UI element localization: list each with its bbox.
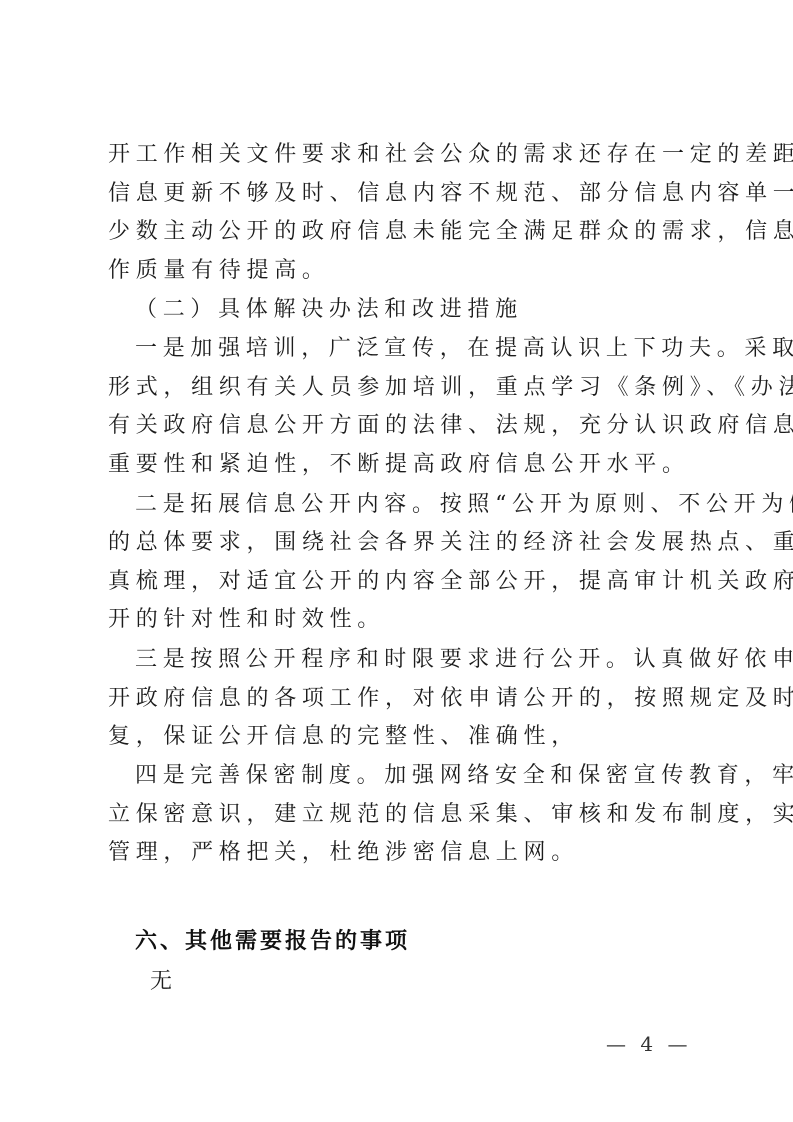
measure-2-line: 的总体要求，围绕社会各界关注的经济社会发展热点、重点，认 [108,530,793,556]
measure-3-line: 复，保证公开信息的完整性、准确性， [108,724,579,750]
measure-1-line: 一是加强培训，广泛宣传，在提高认识上下功夫。采取多种 [135,336,793,362]
paragraph-line: 开工作相关文件要求和社会公众的需求还存在一定的差距。一是 [108,142,793,168]
paragraph-line: 信息更新不够及时、信息内容不规范、部分信息内容单一；二是 [108,181,793,207]
paragraph-line: 作质量有待提高。 [108,258,330,284]
section-6-heading: 六、其他需要报告的事项 [135,929,410,955]
measure-2-line: 真梳理，对适宜公开的内容全部公开，提高审计机关政府信息公 [108,569,793,595]
section-6-body: 无 [150,969,178,995]
paragraph-line: 少数主动公开的政府信息未能完全满足群众的需求，信息公开工 [108,219,793,245]
document-page: 开工作相关文件要求和社会公众的需求还存在一定的差距。一是 信息更新不够及时、信息… [0,0,793,1122]
measure-1-line: 重要性和紧迫性，不断提高政府信息公开水平。 [108,452,690,478]
measure-1-line: 形式，组织有关人员参加培训，重点学习《条例》、《办法》等 [108,375,793,401]
measure-3-line: 三是按照公开程序和时限要求进行公开。认真做好依申请公 [135,647,793,673]
measure-4-line: 四是完善保密制度。加强网络安全和保密宣传教育，牢固树 [135,763,793,789]
page-number: — 4 — [606,1032,691,1056]
measure-1-line: 有关政府信息公开方面的法律、法规，充分认识政府信息公开的 [108,413,793,439]
measure-2-line: 开的针对性和时效性。 [108,607,385,633]
measure-2-line: 二是拓展信息公开内容。按照“公开为原则、不公开为例外” [135,492,793,518]
measure-4-line: 立保密意识，建立规范的信息采集、审核和发布制度，实行分级 [108,802,793,828]
subsection-title: （二）具体解决办法和改进措施 [135,297,523,323]
measure-3-line: 开政府信息的各项工作，对依申请公开的，按照规定及时给予答 [108,686,793,712]
measure-4-line: 管理，严格把关，杜绝涉密信息上网。 [108,840,579,866]
